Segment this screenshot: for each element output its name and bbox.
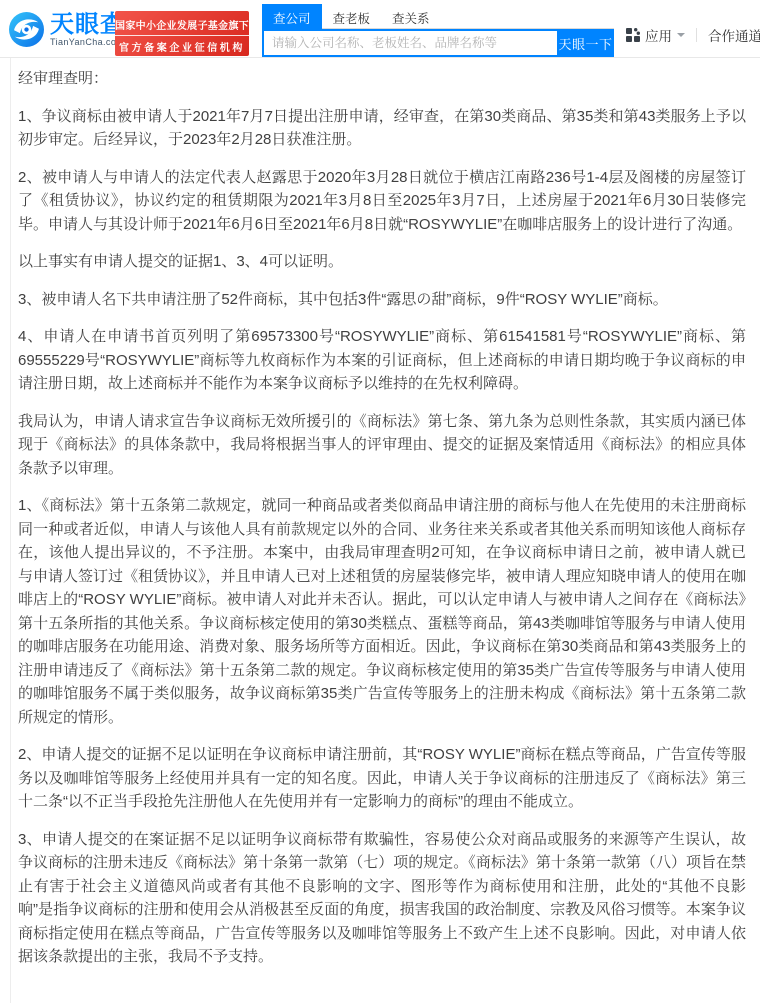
- apps-label: 应用: [645, 25, 672, 45]
- site-header: 天眼查 TianYanCha.com 国家中小企业发展子基金旗下 官方备案企业征…: [0, 0, 760, 58]
- partner-channel-menu[interactable]: 合作通道: [708, 25, 760, 45]
- logo-domain: TianYanCha.com: [50, 37, 125, 47]
- apps-menu[interactable]: 应用: [626, 25, 685, 45]
- tab-search-company[interactable]: 查公司: [262, 4, 322, 29]
- document-paragraph: 3、申请人提交的在案证据不足以证明争议商标带有欺骗性，容易使公众对商品或服务的来…: [18, 828, 746, 969]
- left-panel-rule: [10, 58, 11, 1003]
- document-paragraph: 1、争议商标由被申请人于2021年7月7日提出注册申请，经审查，在第30类商品、…: [18, 105, 746, 152]
- tianyancha-logo-icon: [9, 12, 44, 47]
- badge-line1: 国家中小企业发展子基金旗下: [115, 17, 249, 36]
- search-tabs: 查公司 查老板 查关系: [262, 4, 614, 29]
- nav-divider: [696, 28, 697, 42]
- badge-line2: 官方备案企业征信机构: [115, 39, 249, 54]
- document-paragraph: 4、申请人在申请书首页列明了第69573300号“ROSYWYLIE”商标、第6…: [18, 325, 746, 396]
- logo-title: 天眼查: [50, 12, 125, 37]
- document-paragraph: 2、申请人提交的证据不足以证明在争议商标申请注册前，其“ROSY WYLIE”商…: [18, 743, 746, 814]
- chevron-down-icon: [677, 33, 685, 41]
- tab-search-relation[interactable]: 查关系: [381, 4, 441, 29]
- tianyancha-logo[interactable]: 天眼查 TianYanCha.com: [9, 12, 125, 47]
- document-paragraph: 经审理查明：: [18, 67, 746, 91]
- search-input[interactable]: [262, 29, 557, 57]
- document-paragraph: 2、被申请人与申请人的法定代表人赵露思于2020年3月28日就位于横店江南路23…: [18, 166, 746, 237]
- tab-search-boss[interactable]: 查老板: [322, 4, 382, 29]
- document-paragraph: 1、《商标法》第十五条第二款规定，就同一种商品或者类似商品申请注册的商标与他人在…: [18, 494, 746, 729]
- partner-label: 合作通道: [708, 25, 760, 45]
- certification-badge: 国家中小企业发展子基金旗下 官方备案企业征信机构: [115, 11, 249, 56]
- document-paragraph: 我局认为，申请人请求宣告争议商标无效所援引的《商标法》第七条、第九条为总则性条款…: [18, 410, 746, 481]
- search-button[interactable]: 天眼一下: [557, 29, 614, 57]
- document-paragraph: 以上事实有申请人提交的证据1、3、4可以证明。: [18, 250, 746, 274]
- apps-grid-icon: [626, 28, 640, 42]
- document-body: 经审理查明： 1、争议商标由被申请人于2021年7月7日提出注册申请，经审查，在…: [0, 58, 760, 1003]
- document-paragraph: 3、被申请人名下共申请注册了52件商标，其中包括3件“露思の甜”商标，9件“RO…: [18, 288, 746, 312]
- search-area: 查公司 查老板 查关系 天眼一下: [262, 4, 614, 57]
- logo-text-block: 天眼查 TianYanCha.com: [50, 12, 125, 47]
- header-right-nav: 应用 合作通道: [626, 25, 760, 45]
